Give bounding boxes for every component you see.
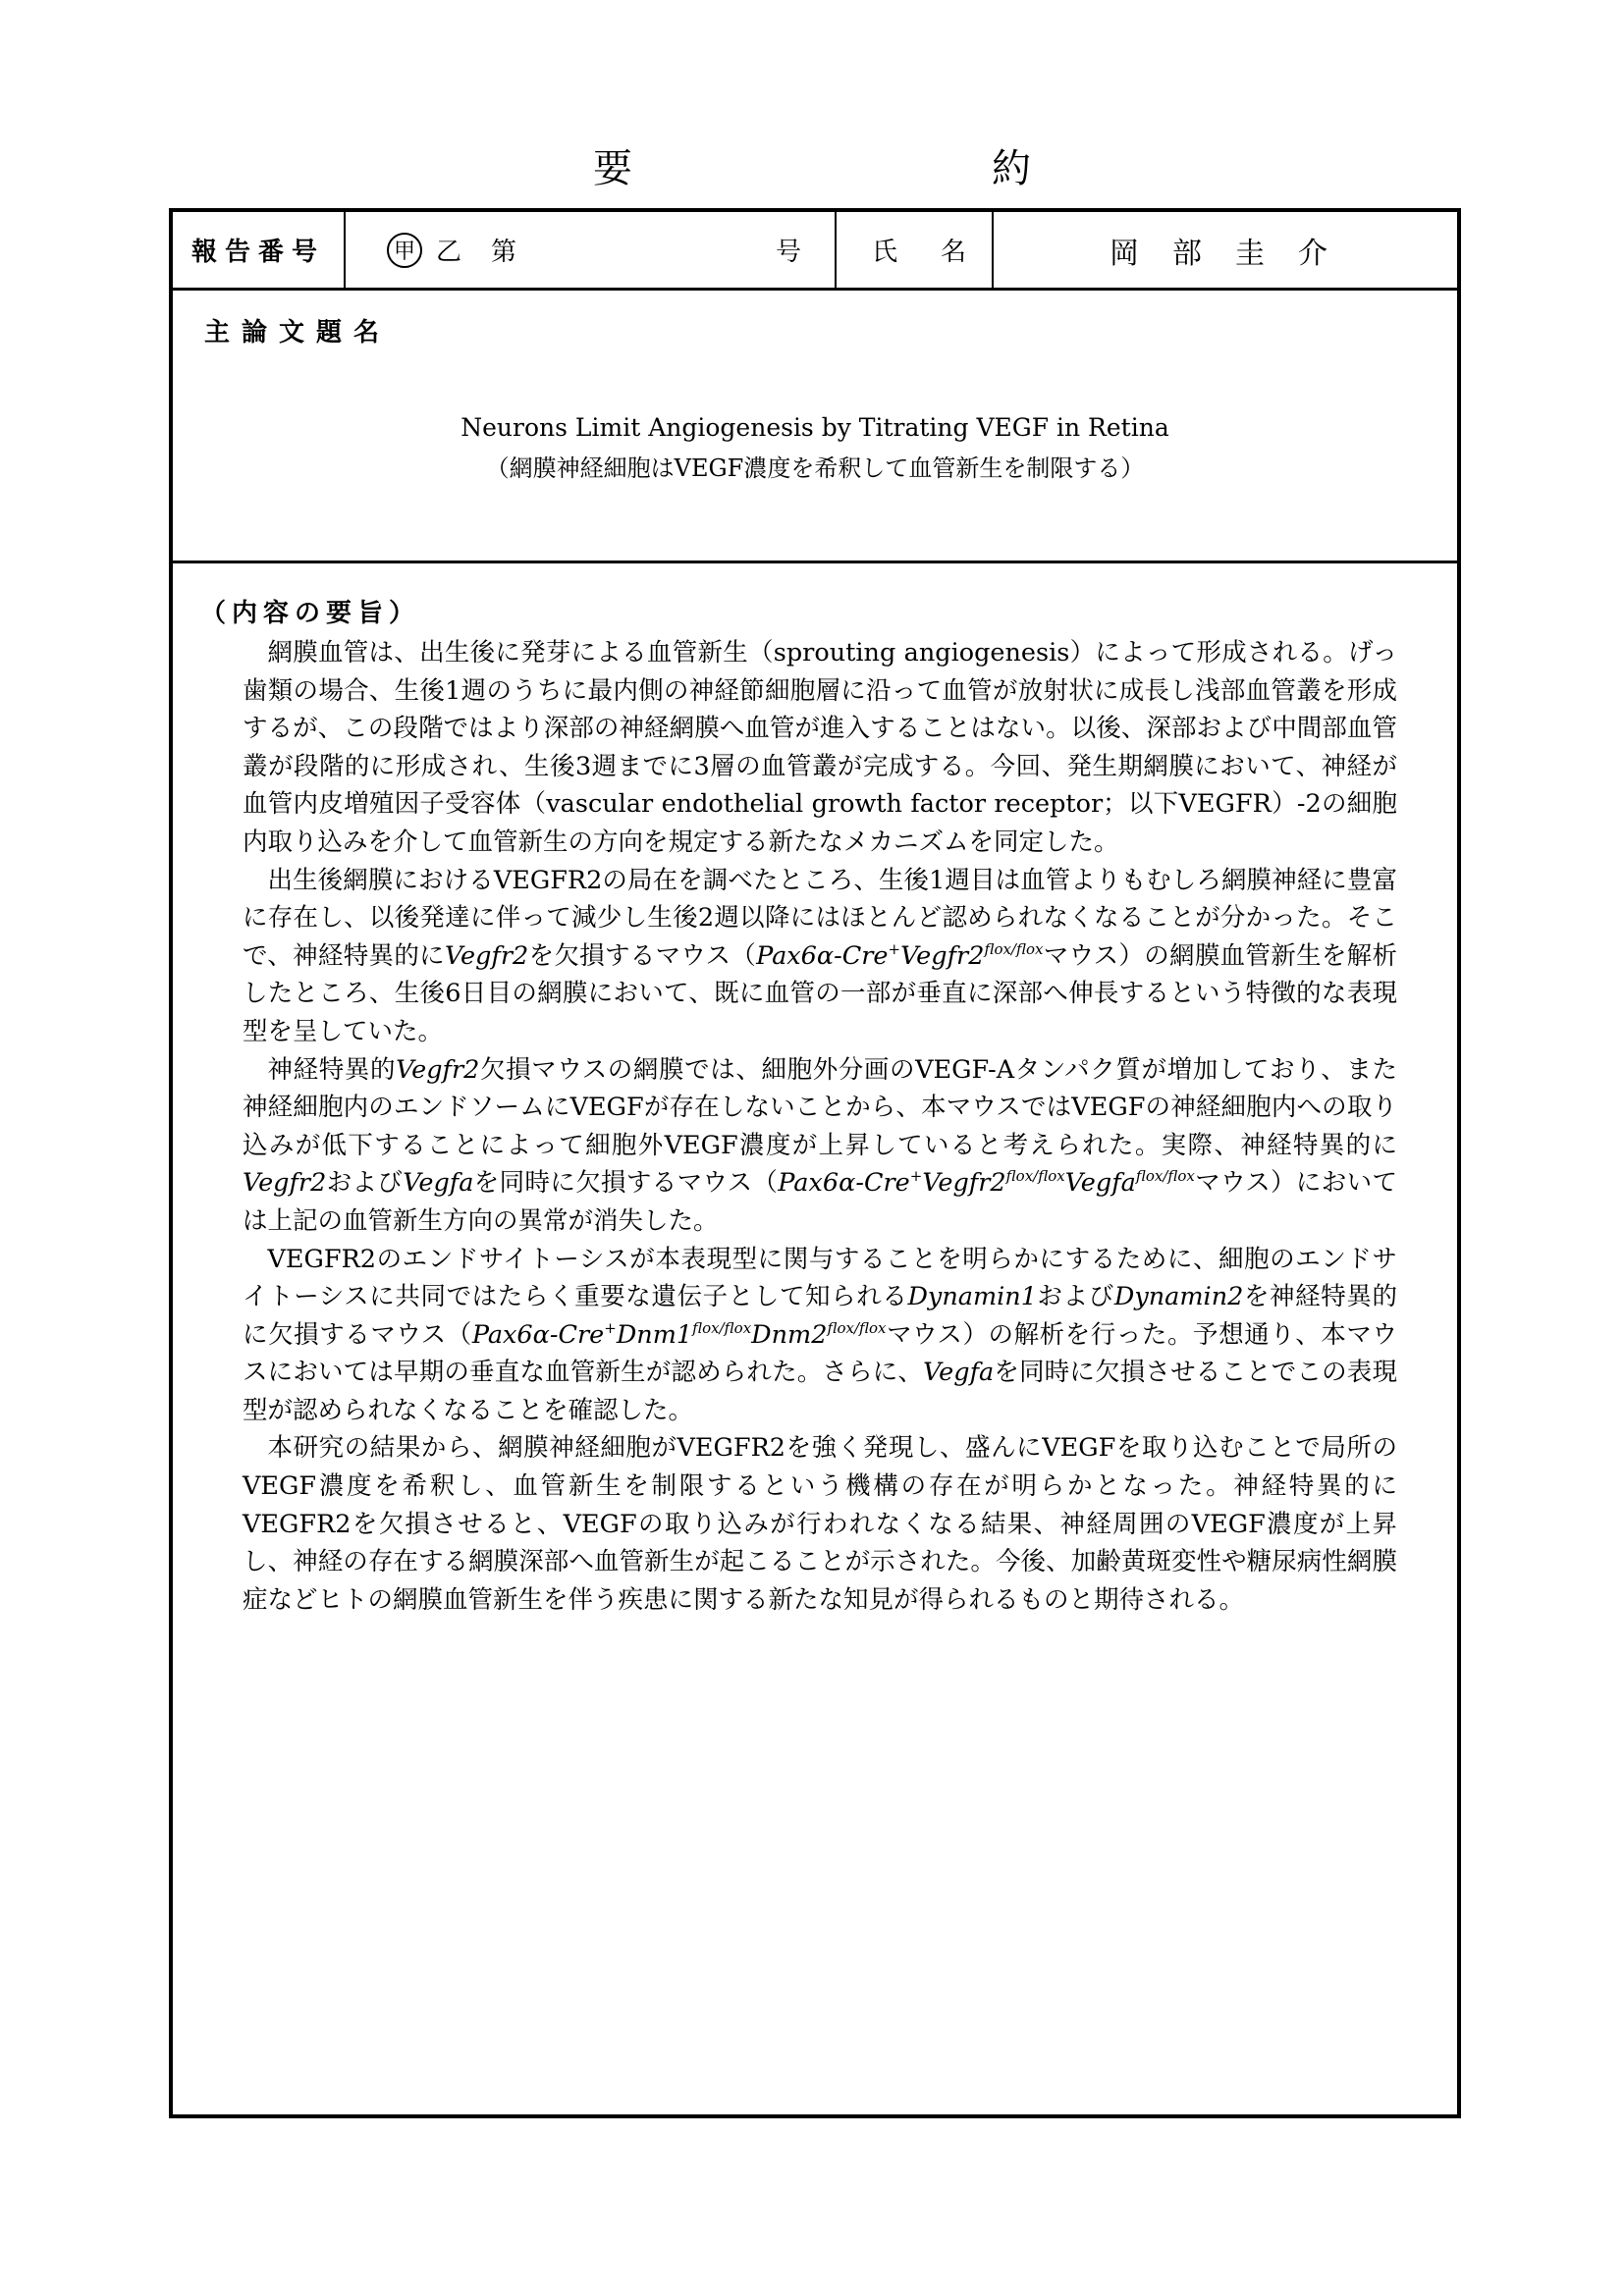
summary-paragraph: 本研究の結果から、網膜神経細胞がVEGFR2を強く発現し、盛んにVEGFを取り込… xyxy=(243,1429,1397,1619)
paragraph-text: 本研究の結果から、網膜神経細胞がVEGFR2を強く発現し、盛んにVEGFを取り込… xyxy=(243,1433,1397,1614)
italic-gene-name: Dnm1 xyxy=(617,1320,692,1350)
document-title-char-1: 要 xyxy=(593,137,632,193)
number-prefix: 第 xyxy=(491,232,516,268)
superscript-text: flox/flox xyxy=(827,1319,886,1337)
superscript-text: flox/flox xyxy=(1006,1167,1065,1185)
summary-paragraph: 網膜血管は、出生後に発芽による血管新生（sprouting angiogenes… xyxy=(243,634,1397,862)
italic-gene-name: Dnm2 xyxy=(751,1320,827,1350)
thesis-title-section: 主論文題名 Neurons Limit Angiogenesis by Titr… xyxy=(173,291,1457,563)
italic-gene-name: Pax6α-Cre xyxy=(778,1168,909,1198)
thesis-title-japanese: （網膜神経細胞はVEGF濃度を希釈して血管新生を制限する） xyxy=(173,449,1457,483)
italic-gene-name: Pax6α-Cre xyxy=(756,941,888,971)
italic-gene-name: Vegfa xyxy=(923,1358,994,1387)
thesis-title-english: Neurons Limit Angiogenesis by Titrating … xyxy=(173,413,1457,442)
paragraph-text: を同時に欠損するマウス（ xyxy=(473,1168,778,1198)
author-name: 岡部圭介 xyxy=(994,212,1457,288)
header-row: 報告番号 甲 乙 第 号 氏 名 岡部圭介 xyxy=(173,212,1457,291)
content-summary-section: （内容の要旨） 網膜血管は、出生後に発芽による血管新生（sprouting an… xyxy=(173,563,1457,2114)
content-summary-label: （内容の要旨） xyxy=(200,593,420,629)
summary-paragraph: 出生後網膜におけるVEGFR2の局在を調べたところ、生後1週目は血管よりもむしろ… xyxy=(243,862,1397,1051)
document-title-char-2: 約 xyxy=(992,137,1031,193)
superscript-text: + xyxy=(604,1319,617,1337)
report-type-otsu: 乙 xyxy=(436,232,461,268)
content-summary-body: 網膜血管は、出生後に発芽による血管新生（sprouting angiogenes… xyxy=(243,634,1397,1619)
superscript-text: flox/flox xyxy=(984,940,1043,958)
report-number-label: 報告番号 xyxy=(173,212,344,288)
paragraph-text: 神経特異的 xyxy=(268,1055,397,1085)
report-type-kou-circled: 甲 xyxy=(387,233,422,268)
italic-gene-name: Vegfr2 xyxy=(243,1168,326,1198)
italic-gene-name: Dynamin2 xyxy=(1114,1282,1243,1311)
superscript-text: + xyxy=(910,1167,923,1185)
italic-gene-name: Vegfr2 xyxy=(445,941,528,971)
italic-gene-name: Vegfa xyxy=(1065,1168,1136,1198)
thesis-title-label: 主論文題名 xyxy=(204,312,391,348)
paragraph-text: 網膜血管は、出生後に発芽による血管新生（sprouting angiogenes… xyxy=(243,638,1397,857)
name-label: 氏 名 xyxy=(837,212,992,288)
italic-gene-name: Vegfr2 xyxy=(396,1055,479,1085)
italic-gene-name: Vegfa xyxy=(403,1168,473,1198)
paragraph-text: および xyxy=(1037,1282,1114,1311)
superscript-text: + xyxy=(889,940,901,958)
superscript-text: flox/flox xyxy=(692,1319,751,1337)
italic-gene-name: Vegfr2 xyxy=(922,1168,1005,1198)
italic-gene-name: Pax6α-Cre xyxy=(472,1320,604,1350)
paragraph-text: および xyxy=(326,1168,403,1198)
superscript-text: flox/flox xyxy=(1136,1167,1195,1185)
paragraph-text: を欠損するマウス（ xyxy=(528,941,756,971)
italic-gene-name: Vegfr2 xyxy=(900,941,984,971)
summary-paragraph: VEGFR2のエンドサイトーシスが本表現型に関与することを明らかにするために、細… xyxy=(243,1241,1397,1430)
summary-paragraph: 神経特異的Vegfr2欠損マウスの網膜では、細胞外分画のVEGF-Aタンパク質が… xyxy=(243,1051,1397,1241)
name-label-char-1: 氏 xyxy=(872,232,897,268)
report-number-field: 甲 乙 第 号 xyxy=(346,212,835,288)
summary-form-table: 報告番号 甲 乙 第 号 氏 名 岡部圭介 主論文題名 Neurons Limi… xyxy=(169,208,1461,2118)
italic-gene-name: Dynamin1 xyxy=(907,1282,1036,1311)
name-label-char-2: 名 xyxy=(941,232,966,268)
number-suffix: 号 xyxy=(776,232,801,268)
document-title: 要 約 xyxy=(0,137,1624,196)
